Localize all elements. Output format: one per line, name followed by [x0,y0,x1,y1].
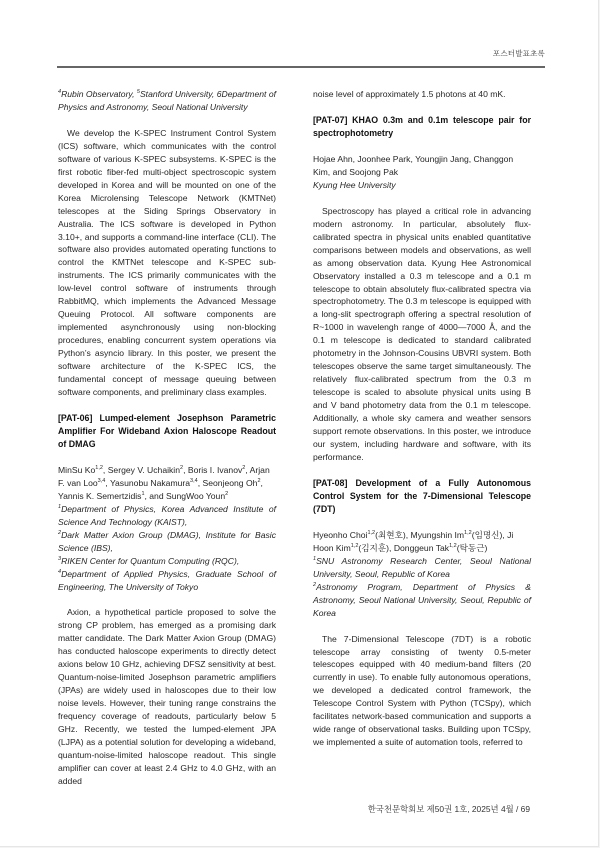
pat07-authors: Hojae Ahn, Joonhee Park, Youngjin Jang, … [313,153,531,179]
pat08-affiliation-2: 2Astronomy Program, Department of Physic… [313,581,531,620]
pat07-title: [PAT-07] KHAO 0.3m and 0.1m telescope pa… [313,114,531,140]
pat07-affiliation: Kyung Hee University [313,179,531,192]
pat08-authors: Hyeonho Choi1,2(최현호), Myungshin Im1,2(임명… [313,529,531,555]
section-label: 포스터발표초록 [493,48,545,59]
pat08-title: [PAT-08] Development of a Fully Autonomo… [313,477,531,516]
pat08-abstract-body: The 7-Dimensional Telescope (7DT) is a r… [313,633,531,750]
pat07-abstract-body: Spectroscopy has played a critical role … [313,205,531,464]
page-footer-citation: 한국천문학회보 제50권 1호, 2025년 4월 / 69 [368,803,530,815]
pat06-affiliation-3: 3RIKEN Center for Quantum Computing (RQC… [58,555,276,568]
pat06-title: [PAT-06] Lumped-element Josephson Parame… [58,412,276,451]
pat05-affiliation-tail: 4Rubin Observatory, 5Stanford University… [58,88,276,114]
journal-page: 포스터발표초록 4Rubin Observatory, 5Stanford Un… [0,0,599,847]
pat06-abstract-continued: noise level of approximately 1.5 photons… [313,88,531,101]
pat06-affiliation-4: 4Department of Applied Physics, Graduate… [58,568,276,594]
pat06-abstract-body: Axion, a hypothetical particle proposed … [58,606,276,787]
pat06-affiliation-1: 1Department of Physics, Korea Advanced I… [58,503,276,529]
pat05-abstract-body: We develop the K-SPEC Instrument Control… [58,127,276,399]
left-column: 4Rubin Observatory, 5Stanford University… [58,88,276,788]
running-header: 포스터발표초록 [57,40,545,68]
pat06-authors: MinSu Ko1,2, Sergey V. Uchaikin2, Boris … [58,464,276,503]
pat08-affiliation-1: 1SNU Astronomy Research Center, Seoul Na… [313,555,531,581]
pat06-affiliation-2: 2Dark Matter Axion Group (DMAG), Institu… [58,529,276,555]
right-column: noise level of approximately 1.5 photons… [313,88,531,749]
